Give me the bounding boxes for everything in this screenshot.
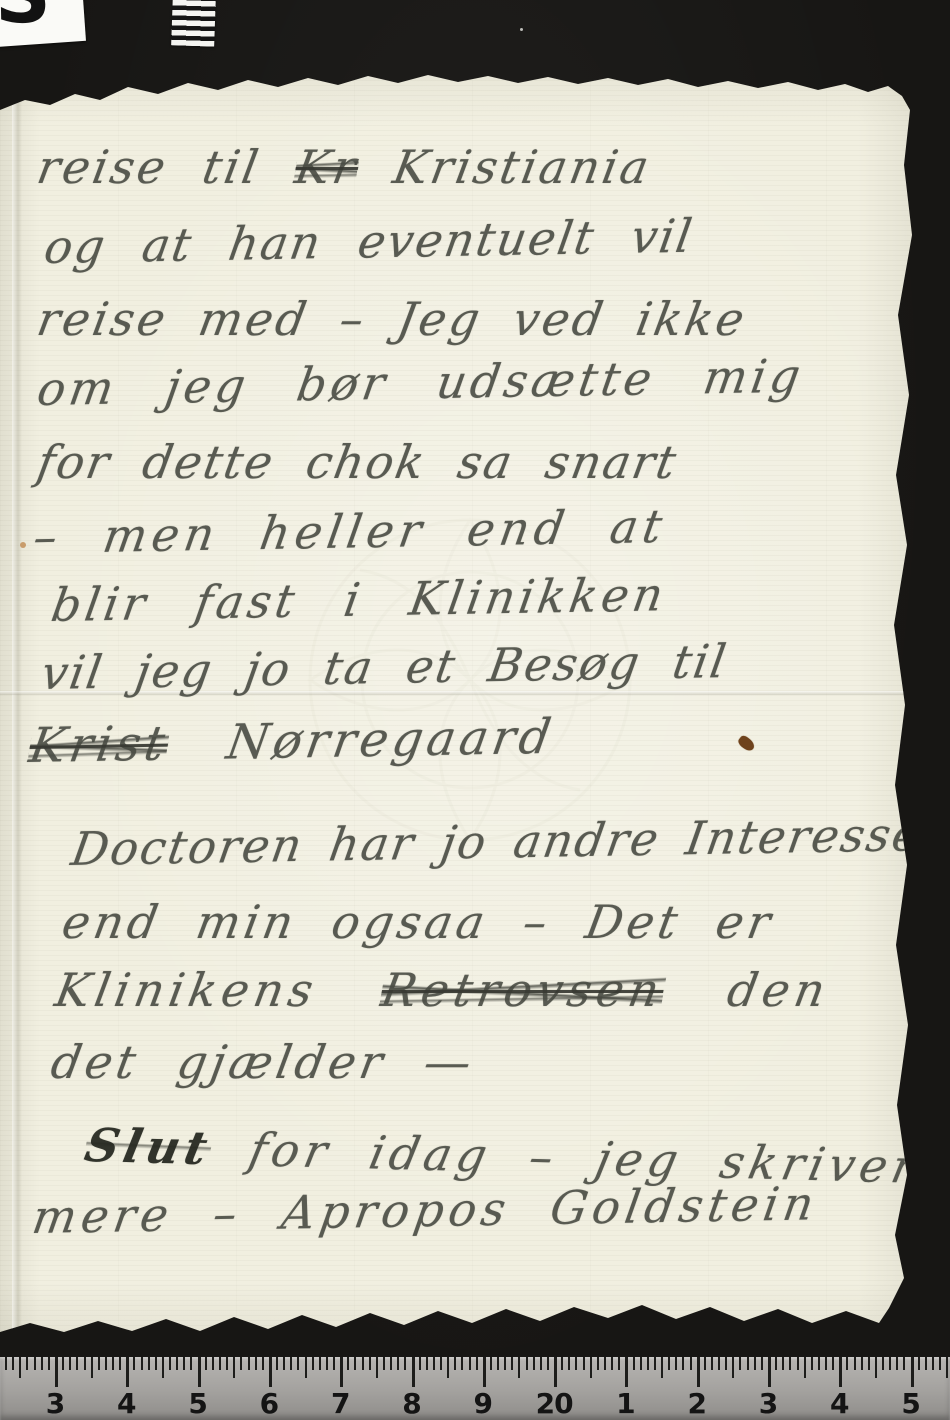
ruler-tick bbox=[839, 1357, 842, 1387]
ruler-tick bbox=[461, 1357, 463, 1370]
ruler-tick bbox=[846, 1357, 848, 1370]
ruler-tick bbox=[369, 1357, 371, 1370]
ruler-tick bbox=[633, 1357, 635, 1370]
ruler-tick bbox=[939, 1357, 941, 1370]
handwriting-text: vil jeg jo ta et Besøg til bbox=[38, 634, 732, 700]
ruler-tick bbox=[12, 1357, 14, 1370]
ruler-tick bbox=[155, 1357, 157, 1370]
handwriting-text: Nørregaard bbox=[164, 709, 559, 772]
ruler-tick bbox=[483, 1357, 486, 1387]
ruler-tick bbox=[219, 1357, 221, 1370]
ruler-tick bbox=[5, 1357, 7, 1370]
ruler-tick bbox=[205, 1357, 207, 1370]
ruler-tick bbox=[476, 1357, 478, 1370]
ruler-tick bbox=[276, 1357, 278, 1370]
ruler-tick bbox=[825, 1357, 827, 1370]
ruler-tick bbox=[26, 1357, 28, 1370]
ruler-tick bbox=[775, 1357, 777, 1370]
ruler-tick bbox=[126, 1357, 129, 1387]
ruler-tick bbox=[504, 1357, 506, 1370]
ruler-tick bbox=[761, 1357, 763, 1370]
ruler-tick bbox=[390, 1357, 392, 1370]
ruler-tick bbox=[176, 1357, 178, 1370]
ruler-tick bbox=[925, 1357, 927, 1370]
ruler-tick bbox=[611, 1357, 613, 1370]
ruler-tick bbox=[133, 1357, 135, 1370]
ruler-number: 5 bbox=[901, 1390, 919, 1418]
ruler-tick bbox=[711, 1357, 713, 1370]
ruler-tick bbox=[789, 1357, 791, 1370]
ruler-tick bbox=[533, 1357, 535, 1370]
ruler-tick bbox=[440, 1357, 442, 1370]
ruler-number: 2 bbox=[687, 1390, 705, 1418]
handwriting-line: Klinikens Retrovsen den bbox=[51, 963, 834, 1017]
ruler-tick bbox=[739, 1357, 741, 1370]
ruler-tick bbox=[297, 1357, 299, 1370]
ruler-tick bbox=[747, 1357, 749, 1370]
ruler-tick bbox=[490, 1357, 492, 1370]
dust-speck bbox=[520, 28, 523, 31]
ruler-number: 3 bbox=[46, 1390, 64, 1418]
ruler-tick bbox=[668, 1357, 670, 1370]
handwriting-line: mere – Apropos Goldstein bbox=[29, 1176, 823, 1244]
ruler-tick bbox=[69, 1357, 71, 1370]
ruler-tick bbox=[882, 1357, 884, 1370]
ruler-tick bbox=[169, 1357, 171, 1370]
handwriting-text: mere – Apropos Goldstein bbox=[29, 1176, 823, 1244]
ruler-tick bbox=[141, 1357, 143, 1370]
ruler-tick bbox=[233, 1357, 235, 1378]
ruler-tick bbox=[397, 1357, 399, 1370]
ruler-tick bbox=[19, 1357, 21, 1378]
ruler-tick bbox=[469, 1357, 471, 1370]
ruler-number: 4 bbox=[117, 1390, 135, 1418]
ruler-tick bbox=[376, 1357, 378, 1378]
scale-bar-stripes bbox=[171, 0, 216, 47]
ruler-tick bbox=[911, 1357, 914, 1387]
ruler-tick bbox=[854, 1357, 856, 1370]
ruler-tick bbox=[690, 1357, 692, 1370]
handwriting-line: Doctoren har jo andre Interesser bbox=[68, 807, 950, 876]
ruler-tick bbox=[732, 1357, 734, 1378]
ink-speck-orange bbox=[20, 542, 26, 548]
ruler-tick bbox=[162, 1357, 164, 1378]
ruler-tick bbox=[312, 1357, 314, 1370]
handwriting-line: reise med – Jeg ved ikke bbox=[33, 292, 751, 346]
ruler-tick bbox=[604, 1357, 606, 1370]
ruler-tick bbox=[91, 1357, 93, 1378]
ruler-tick bbox=[597, 1357, 599, 1370]
ruler-tick bbox=[561, 1357, 563, 1370]
ruler-tick bbox=[326, 1357, 328, 1370]
ruler-tick bbox=[347, 1357, 349, 1370]
ruler-tick bbox=[832, 1357, 834, 1370]
handwriting-line: Krist Nørregaard bbox=[26, 709, 559, 774]
handwriting-line: blir fast i Klinikken bbox=[48, 567, 671, 632]
handwriting-text: blir fast i Klinikken bbox=[48, 567, 671, 632]
ruler: 34567892012345 bbox=[0, 1357, 950, 1420]
ruler-tick bbox=[697, 1357, 700, 1387]
crossed-out-word: Kr bbox=[291, 140, 363, 194]
ruler-tick bbox=[198, 1357, 201, 1387]
ruler-tick bbox=[41, 1357, 43, 1370]
ruler-tick bbox=[946, 1357, 948, 1378]
ruler-tick bbox=[305, 1357, 307, 1378]
ruler-tick bbox=[419, 1357, 421, 1370]
ruler-tick bbox=[647, 1357, 649, 1370]
handwriting-text: – men heller end at bbox=[30, 499, 671, 564]
ruler-tick bbox=[383, 1357, 385, 1370]
ruler-tick bbox=[190, 1357, 192, 1370]
ruler-tick bbox=[340, 1357, 343, 1387]
handwriting-line: vil jeg jo ta et Besøg til bbox=[38, 634, 732, 700]
ruler-tick bbox=[34, 1357, 36, 1370]
ruler-tick bbox=[283, 1357, 285, 1370]
fold-crease-vertical bbox=[12, 70, 22, 1332]
ruler-tick bbox=[240, 1357, 242, 1370]
ruler-number: 5 bbox=[188, 1390, 206, 1418]
ruler-tick bbox=[918, 1357, 920, 1370]
handwriting-line: – men heller end at bbox=[30, 499, 671, 564]
ruler-tick bbox=[675, 1357, 677, 1370]
ruler-tick bbox=[183, 1357, 185, 1370]
ruler-tick bbox=[768, 1357, 771, 1387]
ruler-tick bbox=[654, 1357, 656, 1370]
handwriting-text: reise med – Jeg ved ikke bbox=[33, 292, 751, 346]
ruler-tick bbox=[718, 1357, 720, 1370]
handwriting-text: Kristiania bbox=[354, 140, 656, 194]
ruler-number: 4 bbox=[830, 1390, 848, 1418]
letter-page: reise til Kr Kristianiaog at han eventue… bbox=[0, 70, 918, 1332]
ruler-tick bbox=[226, 1357, 228, 1370]
ruler-tick bbox=[354, 1357, 356, 1370]
ruler-tick bbox=[782, 1357, 784, 1370]
scale-card: S bbox=[0, 0, 86, 47]
ruler-tick bbox=[119, 1357, 121, 1370]
ruler-tick bbox=[590, 1357, 592, 1378]
ruler-tick bbox=[526, 1357, 528, 1370]
ruler-tick bbox=[583, 1357, 585, 1370]
ruler-tick bbox=[433, 1357, 435, 1370]
ruler-number: 20 bbox=[536, 1390, 573, 1418]
handwriting-line: om jeg bør udsætte mig bbox=[34, 349, 808, 417]
ink-speck-brown bbox=[736, 734, 756, 753]
ruler-tick bbox=[547, 1357, 549, 1370]
ruler-tick bbox=[889, 1357, 891, 1370]
ruler-tick bbox=[540, 1357, 542, 1370]
ruler-tick bbox=[511, 1357, 513, 1370]
handwriting-text: Doctoren har jo andre Interesser bbox=[68, 807, 950, 876]
ruler-number: 9 bbox=[474, 1390, 492, 1418]
ruler-tick bbox=[618, 1357, 620, 1370]
ruler-tick bbox=[262, 1357, 264, 1370]
ruler-tick bbox=[868, 1357, 870, 1370]
handwriting-line: og at han eventuelt vil bbox=[41, 209, 698, 274]
ruler-tick bbox=[725, 1357, 727, 1370]
ruler-tick bbox=[640, 1357, 642, 1370]
ruler-tick bbox=[704, 1357, 706, 1370]
ruler-tick bbox=[404, 1357, 406, 1370]
ruler-tick bbox=[98, 1357, 100, 1370]
ruler-tick bbox=[255, 1357, 257, 1370]
ruler-number: 1 bbox=[616, 1390, 634, 1418]
ruler-tick bbox=[754, 1357, 756, 1370]
ruler-tick bbox=[412, 1357, 415, 1387]
handwriting-text: om jeg bør udsætte mig bbox=[34, 349, 808, 417]
ruler-tick bbox=[497, 1357, 499, 1370]
handwriting-text: reise til bbox=[33, 140, 300, 194]
scan-stage: reise til Kr Kristianiaog at han eventue… bbox=[0, 0, 950, 1420]
handwriting-line: for dette chok sa snart bbox=[33, 435, 682, 489]
ruler-tick bbox=[112, 1357, 114, 1370]
ruler-tick bbox=[811, 1357, 813, 1370]
ruler-tick bbox=[55, 1357, 58, 1387]
crossed-out-word: Retrovsen bbox=[377, 963, 668, 1017]
handwriting-text: og at han eventuelt vil bbox=[41, 209, 698, 274]
handwriting-text: for dette chok sa snart bbox=[33, 435, 682, 489]
ruler-tick bbox=[861, 1357, 863, 1370]
ruler-number: 3 bbox=[759, 1390, 777, 1418]
handwriting-line: end min ogsaa – Det er bbox=[58, 895, 778, 949]
ruler-tick bbox=[454, 1357, 456, 1370]
handwriting-line: det gjælder — bbox=[47, 1035, 479, 1089]
handwriting-line: reise til Kr Kristiania bbox=[33, 140, 655, 194]
handwriting-text: end min ogsaa – Det er bbox=[58, 895, 778, 949]
ruler-tick bbox=[290, 1357, 292, 1370]
handwriting-text: Klinikens bbox=[51, 963, 387, 1017]
ruler-tick bbox=[333, 1357, 335, 1370]
ruler-tick bbox=[212, 1357, 214, 1370]
ruler-tick bbox=[568, 1357, 570, 1370]
ruler-tick bbox=[362, 1357, 364, 1370]
ruler-tick bbox=[896, 1357, 898, 1370]
handwriting-text: den bbox=[659, 963, 834, 1017]
ruler-tick bbox=[554, 1357, 557, 1387]
ruler-tick bbox=[804, 1357, 806, 1378]
ruler-number: 6 bbox=[260, 1390, 278, 1418]
ruler-tick bbox=[48, 1357, 50, 1370]
ruler-tick bbox=[105, 1357, 107, 1370]
ruler-tick bbox=[62, 1357, 64, 1370]
handwriting-text: Slut bbox=[81, 1118, 217, 1175]
ruler-tick bbox=[818, 1357, 820, 1370]
scale-card-letter: S bbox=[0, 0, 52, 36]
ruler-tick bbox=[426, 1357, 428, 1370]
ruler-tick bbox=[447, 1357, 449, 1378]
ruler-tick bbox=[932, 1357, 934, 1370]
ruler-tick bbox=[797, 1357, 799, 1370]
ruler-tick bbox=[269, 1357, 272, 1387]
ruler-number: 7 bbox=[331, 1390, 349, 1418]
ruler-tick bbox=[682, 1357, 684, 1370]
ruler-tick bbox=[76, 1357, 78, 1370]
ruler-tick bbox=[625, 1357, 628, 1387]
ruler-tick bbox=[518, 1357, 520, 1378]
ruler-tick bbox=[148, 1357, 150, 1370]
ruler-tick bbox=[84, 1357, 86, 1370]
crossed-out-word: Krist bbox=[26, 716, 173, 775]
handwriting-text: det gjælder — bbox=[47, 1035, 479, 1089]
ruler-tick bbox=[903, 1357, 905, 1370]
ruler-tick bbox=[575, 1357, 577, 1370]
ruler-tick bbox=[875, 1357, 877, 1378]
ruler-tick bbox=[661, 1357, 663, 1378]
ruler-number: 8 bbox=[402, 1390, 420, 1418]
ruler-tick bbox=[319, 1357, 321, 1370]
ruler-tick bbox=[248, 1357, 250, 1370]
